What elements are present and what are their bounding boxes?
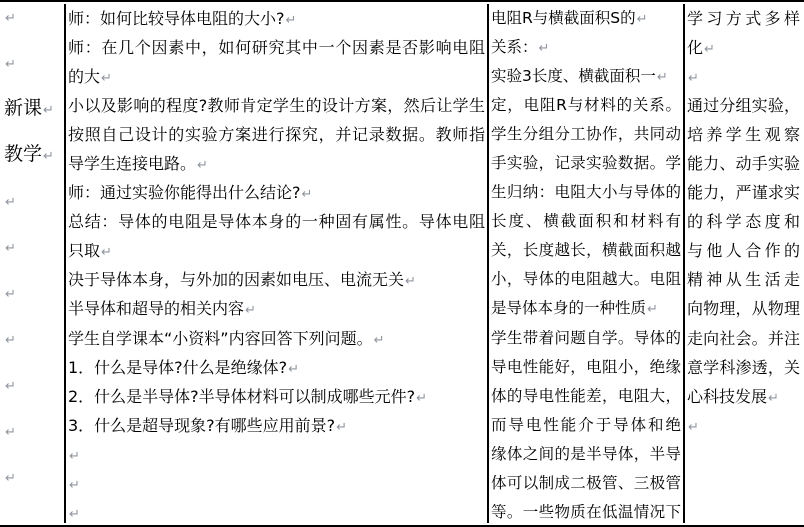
text-line: 半导体和超导的相关内容↵ — [68, 294, 485, 323]
text-line: 新课↵ — [4, 85, 64, 131]
text-line: ↵ — [4, 361, 64, 407]
line-text: 能力、动手实验 — [687, 154, 800, 173]
text-line: ↵ — [4, 407, 64, 453]
pilcrow-icon: ↵ — [5, 241, 16, 256]
cell-lesson-stage: ↵ ↵ 新课↵ 教学↵ ↵ ↵ ↵ ↵ ↵ ↵ ↵ — [0, 4, 66, 523]
pilcrow-icon: ↵ — [688, 71, 699, 86]
pilcrow-icon: ↵ — [688, 420, 699, 435]
text-line: ↵ — [4, 4, 64, 39]
line-text: 长度、横截面积和材料有 — [491, 212, 681, 230]
pilcrow-icon: ↵ — [302, 187, 313, 202]
pilcrow-icon: ↵ — [336, 420, 347, 435]
text-line: 的大↵ — [68, 62, 485, 91]
line-text: 学生自学课本“小资料”内容回答下列问题。 — [68, 329, 373, 348]
pilcrow-icon: ↵ — [69, 478, 80, 493]
text-line: ↵ — [68, 469, 485, 498]
text-line: ↵ — [68, 498, 485, 523]
line-text: 决于导体本身，与外加的因素如电压、电流无关 — [68, 270, 404, 289]
pilcrow-icon: ↵ — [539, 41, 550, 56]
pilcrow-icon: ↵ — [5, 195, 16, 210]
text-line: 3．什么是超导现象?有哪些应用前景?↵ — [68, 411, 485, 440]
text-line: 定，电阻R与材料的关系。 — [491, 91, 681, 120]
line-text: 生归纳：电阻大小与导体的 — [491, 183, 681, 201]
pilcrow-icon: ↵ — [637, 12, 648, 27]
line-text: 教学 — [4, 143, 42, 165]
text-line: 缘体之间的是半导体，半导 — [491, 440, 681, 469]
student-activity-lines: 电阻R与横截面积S的↵ 关系：↵ 实验3长度、横截面积一↵ 定，电阻R与材料的关… — [491, 4, 681, 523]
pilcrow-icon: ↵ — [69, 449, 80, 464]
line-text: 新课 — [4, 97, 42, 119]
line-text: 定，电阻R与材料的关系。 — [491, 96, 681, 114]
text-line: 长度、横截面积和材料有 — [491, 207, 681, 236]
line-text: 手实验，记录实验数据。学 — [491, 154, 681, 172]
text-line: 关，长度越长，横截面积越 — [491, 236, 681, 265]
line-text: 师：通过实验你能得出什么结论? — [68, 183, 301, 202]
line-text: 是导体本身的一种性质 — [491, 299, 646, 317]
text-line: 师：在几个因素中，如何研究其中一个因素是否影响电阻 — [68, 33, 485, 62]
pilcrow-icon: ↵ — [101, 71, 112, 86]
pilcrow-icon: ↵ — [286, 13, 297, 28]
line-text: 能力，严谨求实 — [687, 183, 800, 202]
design-intent-lines: 学习方式多样 化↵ ↵ 通过分组实验， 培养学生观察 能力、动手实验 能力，严谨… — [687, 4, 800, 440]
line-text: 与他人合作的 — [687, 241, 800, 260]
text-line: 1．什么是导体?什么是绝缘体?↵ — [68, 353, 485, 382]
document-page: ↵ ↵ 新课↵ 教学↵ ↵ ↵ ↵ ↵ ↵ ↵ ↵ — [0, 0, 804, 527]
text-line: ↵ — [4, 177, 64, 223]
pilcrow-icon: ↵ — [657, 70, 668, 85]
pilcrow-icon: ↵ — [5, 287, 16, 302]
line-text: 师：如何比较导体电阻的大小? — [68, 9, 285, 28]
line-text: 心科技发展 — [687, 387, 767, 406]
line-text: 小，导体的电阻越大。电阻 — [491, 270, 681, 288]
text-line: 小以及影响的程度?教师肯定学生的设计方案，然后让学生 — [68, 91, 485, 120]
text-line: 能力、动手实验 — [687, 149, 800, 178]
text-line: 体可以制成二极管、三极管 — [491, 469, 681, 498]
text-line: 师：如何比较导体电阻的大小?↵ — [68, 4, 485, 33]
text-line: 能力，严谨求实 — [687, 178, 800, 207]
text-line: 学生自学课本“小资料”内容回答下列问题。↵ — [68, 324, 485, 353]
pilcrow-icon: ↵ — [416, 391, 427, 406]
pilcrow-icon: ↵ — [5, 333, 16, 348]
text-line: ↵ — [4, 39, 64, 85]
text-line: 化↵ — [687, 33, 800, 62]
line-text: 体可以制成二极管、三极管 — [491, 474, 681, 492]
pilcrow-icon: ↵ — [43, 149, 54, 164]
pilcrow-icon: ↵ — [69, 507, 80, 522]
text-line: 学习方式多样 — [687, 4, 800, 33]
pilcrow-icon: ↵ — [768, 391, 779, 406]
text-line: 关系：↵ — [491, 33, 681, 62]
text-line: 培养学生观察 — [687, 120, 800, 149]
line-text: 小以及影响的程度?教师肯定学生的设计方案，然后让学生 — [68, 96, 485, 115]
pilcrow-icon: ↵ — [374, 333, 385, 348]
line-text: 实验3长度、横截面积一 — [491, 67, 656, 85]
text-line: 小，导体的电阻越大。电阻 — [491, 265, 681, 294]
text-line: 2．什么是半导体?半导体材料可以制成哪些元件?↵ — [68, 382, 485, 411]
text-line: 导电性能好，电阻小，绝缘 — [491, 353, 681, 382]
line-text: 精神从生活走 — [687, 270, 800, 289]
text-line: ↵ — [4, 453, 64, 499]
text-line: ↵ — [687, 411, 800, 440]
teaching-process-lines: 师：如何比较导体电阻的大小?↵ 师：在几个因素中，如何研究其中一个因素是否影响电… — [68, 4, 485, 523]
line-text: 师：在几个因素中，如何研究其中一个因素是否影响电阻 — [68, 38, 485, 57]
text-line: ↵ — [4, 223, 64, 269]
line-text: 而导电性能介于导体和绝 — [491, 416, 681, 434]
line-text: 的大 — [68, 67, 100, 86]
lesson-stage-lines: ↵ ↵ 新课↵ 教学↵ ↵ ↵ ↵ ↵ ↵ ↵ ↵ — [4, 4, 64, 499]
text-line: 通过分组实验， — [687, 91, 800, 120]
line-text: 化 — [687, 38, 703, 57]
pilcrow-icon: ↵ — [245, 303, 256, 318]
pilcrow-icon: ↵ — [5, 57, 16, 72]
text-line: 学生分组分工协作，共同动 — [491, 120, 681, 149]
line-text: 缘体之间的是半导体，半导 — [491, 445, 681, 463]
line-text: 培养学生观察 — [687, 125, 800, 144]
pilcrow-icon: ↵ — [5, 471, 16, 486]
cell-design-intent: 学习方式多样 化↵ ↵ 通过分组实验， 培养学生观察 能力、动手实验 能力，严谨… — [685, 4, 804, 523]
line-text: 总结：导体的电阻是导体本身的一种固有属性。导体电阻 — [68, 212, 485, 231]
line-text: 只取 — [68, 241, 100, 260]
text-line: 心科技发展↵ — [687, 382, 800, 411]
line-text: 等。一些物质在低温情况下 — [491, 503, 681, 521]
cell-student-activity: 电阻R与横截面积S的↵ 关系：↵ 实验3长度、横截面积一↵ 定，电阻R与材料的关… — [489, 4, 685, 523]
line-text: 走向社会。并注 — [687, 329, 800, 348]
line-text: 半导体和超导的相关内容 — [68, 299, 244, 318]
cell-teaching-process: 师：如何比较导体电阻的大小?↵ 师：在几个因素中，如何研究其中一个因素是否影响电… — [66, 4, 489, 523]
text-line: 等。一些物质在低温情况下 — [491, 498, 681, 523]
line-text: 意学科渗透，关 — [687, 358, 800, 377]
pilcrow-icon: ↵ — [101, 245, 112, 260]
line-text: 学习方式多样 — [687, 9, 800, 28]
pilcrow-icon: ↵ — [43, 103, 54, 118]
line-text: 3．什么是超导现象?有哪些应用前景? — [68, 416, 335, 435]
text-line: 学生带着问题自学。导体的 — [491, 324, 681, 353]
text-line: 总结：导体的电阻是导体本身的一种固有属性。导体电阻 — [68, 207, 485, 236]
text-line: 而导电性能介于导体和绝 — [491, 411, 681, 440]
line-text: 学生分组分工协作，共同动 — [491, 125, 681, 143]
text-line: 电阻R与横截面积S的↵ — [491, 4, 681, 33]
text-line: 的科学态度和 — [687, 207, 800, 236]
text-line: 手实验，记录实验数据。学 — [491, 149, 681, 178]
text-line: ↵ — [4, 315, 64, 361]
text-line: 导学生连接电路。↵ — [68, 149, 485, 178]
line-text: 电阻R与横截面积S的 — [491, 9, 636, 27]
line-text: 2．什么是半导体?半导体材料可以制成哪些元件? — [68, 387, 415, 406]
line-text: 的科学态度和 — [687, 212, 800, 231]
line-text: 关系： — [491, 38, 538, 56]
text-line: 按照自己设计的实验方案进行探究，并记录数据。教师指 — [68, 120, 485, 149]
text-line: 与他人合作的 — [687, 236, 800, 265]
line-text: 导电性能好，电阻小，绝缘 — [491, 358, 681, 376]
pilcrow-icon: ↵ — [704, 42, 715, 57]
pilcrow-icon: ↵ — [405, 274, 416, 289]
line-text: 通过分组实验， — [687, 96, 800, 115]
text-line: 是导体本身的一种性质↵ — [491, 294, 681, 323]
line-text: 体的导电性能差，电阻大， — [491, 387, 681, 405]
text-line: 意学科渗透，关 — [687, 353, 800, 382]
text-line: 体的导电性能差，电阻大， — [491, 382, 681, 411]
line-text: 向物理，从物理 — [687, 299, 800, 318]
line-text: 学生带着问题自学。导体的 — [491, 329, 681, 347]
line-text: 关，长度越长，横截面积越 — [491, 241, 681, 259]
text-line: 走向社会。并注 — [687, 324, 800, 353]
text-line: 只取↵ — [68, 236, 485, 265]
pilcrow-icon: ↵ — [5, 425, 16, 440]
text-line: ↵ — [68, 440, 485, 469]
text-line: 精神从生活走 — [687, 265, 800, 294]
text-line: ↵ — [687, 62, 800, 91]
text-line: 教学↵ — [4, 131, 64, 177]
pilcrow-icon: ↵ — [5, 379, 16, 394]
text-line: 决于导体本身，与外加的因素如电压、电流无关↵ — [68, 265, 485, 294]
pilcrow-icon: ↵ — [197, 158, 208, 173]
text-line: 实验3长度、横截面积一↵ — [491, 62, 681, 91]
line-text: 1．什么是导体?什么是绝缘体? — [68, 358, 287, 377]
text-line: 师：通过实验你能得出什么结论?↵ — [68, 178, 485, 207]
pilcrow-icon: ↵ — [647, 302, 658, 317]
pilcrow-icon: ↵ — [5, 11, 16, 26]
pilcrow-icon: ↵ — [288, 362, 299, 377]
text-line: 生归纳：电阻大小与导体的 — [491, 178, 681, 207]
line-text: 按照自己设计的实验方案进行探究，并记录数据。教师指 — [68, 125, 485, 144]
text-line: 向物理，从物理 — [687, 294, 800, 323]
line-text: 导学生连接电路。 — [68, 154, 196, 173]
text-line: ↵ — [4, 269, 64, 315]
